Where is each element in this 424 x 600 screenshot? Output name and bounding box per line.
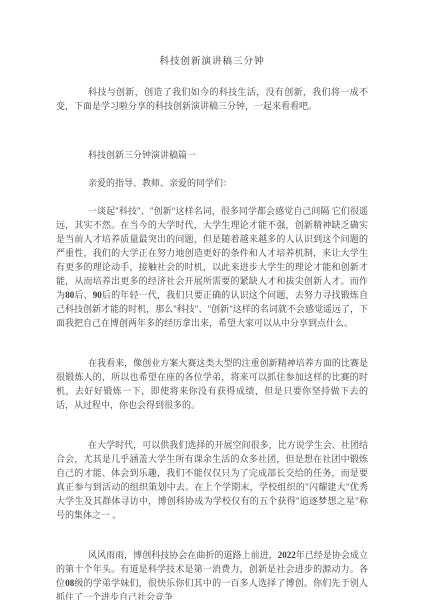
section-heading: 科技创新三分钟演讲稿篇一	[56, 148, 368, 162]
salutation: 亲爱的指导、教师、亲爱的同学们：	[56, 176, 368, 190]
document-page: 科技创新演讲稿三分钟 科技与创新，创造了我们如今的科技生活，没有创新，我们将一成…	[0, 0, 424, 600]
doc-title: 科技创新演讲稿三分钟	[56, 55, 368, 69]
paragraph: 一谈起"科技"、"创新"这样名词，很多同学都会感觉自己间隔 它们很遥远，其实不然…	[56, 204, 368, 330]
paragraph: 在我看来，像创业方案大赛这类大型的注重创新精神培养方面的比赛是很锻炼人的，所以也…	[56, 356, 368, 412]
paragraph: 风风雨雨，博创科技协会在曲折的道路上前进，2022年已经是协会成立的第十个年头。…	[56, 548, 368, 600]
paragraph: 科技与创新，创造了我们如今的科技生活，没有创新，我们将一成不变，下面是学习啦分享…	[56, 85, 368, 113]
paragraph: 在大学时代，可以供我们选择的开展空间很多，比方说学生会、社团结合会，尤其是几乎涵…	[56, 438, 368, 522]
document-body: 科技与创新，创造了我们如今的科技生活，没有创新，我们将一成不变，下面是学习啦分享…	[56, 85, 368, 600]
